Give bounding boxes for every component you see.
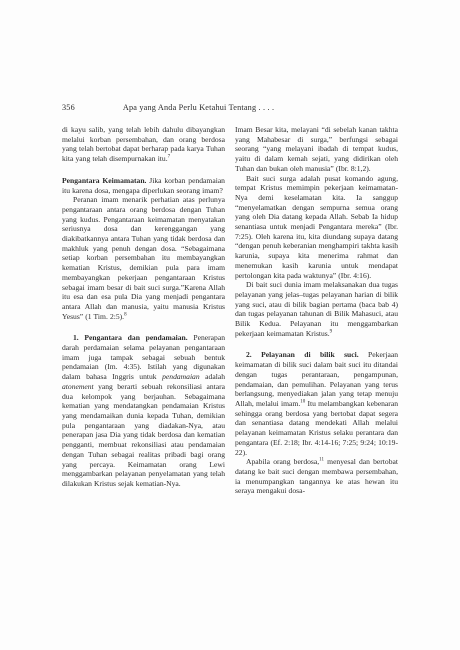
text-segment: adalah bbox=[200, 372, 225, 381]
paragraph: Bait suci surga adalah pusat komando agu… bbox=[235, 174, 398, 281]
paragraph: 2. Pelayanan di bilik suci. Pekerjaan ke… bbox=[235, 350, 398, 457]
text-segment: Imam Besar kita, melayani “di sebelah ka… bbox=[235, 125, 398, 173]
running-head: 356 Apa yang Anda Perlu Ketahui Tentang … bbox=[62, 103, 398, 112]
footnote-marker: 7 bbox=[168, 155, 171, 160]
text-segment: pendamaian bbox=[162, 372, 200, 381]
footnote-marker: 8 bbox=[124, 312, 127, 317]
running-title: Apa yang Anda Perlu Ketahui Tentang . . … bbox=[123, 103, 274, 112]
text-segment: 2. Pelayanan di bilik suci. bbox=[246, 350, 359, 359]
page-number: 356 bbox=[62, 103, 75, 112]
paragraph: Pengantara Keimamatan. Jika korban penda… bbox=[62, 176, 225, 195]
text-segment: 1. Pengantara dan pendamaian. bbox=[73, 333, 188, 342]
paragraph: Di bait suci dunia imam melaksanakan dua… bbox=[235, 280, 398, 338]
right-column: Imam Besar kita, melayani “di sebelah ka… bbox=[235, 125, 398, 496]
text-segment: Apabila orang berdosa, bbox=[246, 457, 319, 466]
paragraph: Peranan imam menarik perhatian atas perl… bbox=[62, 195, 225, 321]
text-segment: atonement bbox=[62, 382, 94, 391]
paragraph: 1. Pengantara dan pendamaian. Penerapan … bbox=[62, 333, 225, 488]
paragraph: Imam Besar kita, melayani “di sebelah ka… bbox=[235, 125, 398, 174]
book-page: 356 Apa yang Anda Perlu Ketahui Tentang … bbox=[0, 0, 460, 650]
text-segment: Peranan imam menarik perhatian atas perl… bbox=[62, 195, 225, 320]
text-segment: yang berarti sebuah rekonsiliasi antara … bbox=[62, 382, 225, 488]
text-columns: di kayu salib, yang telah lebih dahulu d… bbox=[62, 125, 398, 496]
text-segment: Bait suci surga adalah pusat komando agu… bbox=[235, 174, 398, 280]
text-segment: Di bait suci dunia imam melaksanakan dua… bbox=[235, 280, 398, 338]
paragraph: di kayu salib, yang telah lebih dahulu d… bbox=[62, 125, 225, 164]
footnote-marker: 9 bbox=[330, 329, 333, 334]
paragraph: Apabila orang berdosa,11 menyesal dan be… bbox=[235, 457, 398, 496]
text-segment: Pengantara Keimamatan. bbox=[62, 176, 146, 185]
left-column: di kayu salib, yang telah lebih dahulu d… bbox=[62, 125, 225, 496]
text-segment: di kayu salib, yang telah lebih dahulu d… bbox=[62, 125, 225, 163]
